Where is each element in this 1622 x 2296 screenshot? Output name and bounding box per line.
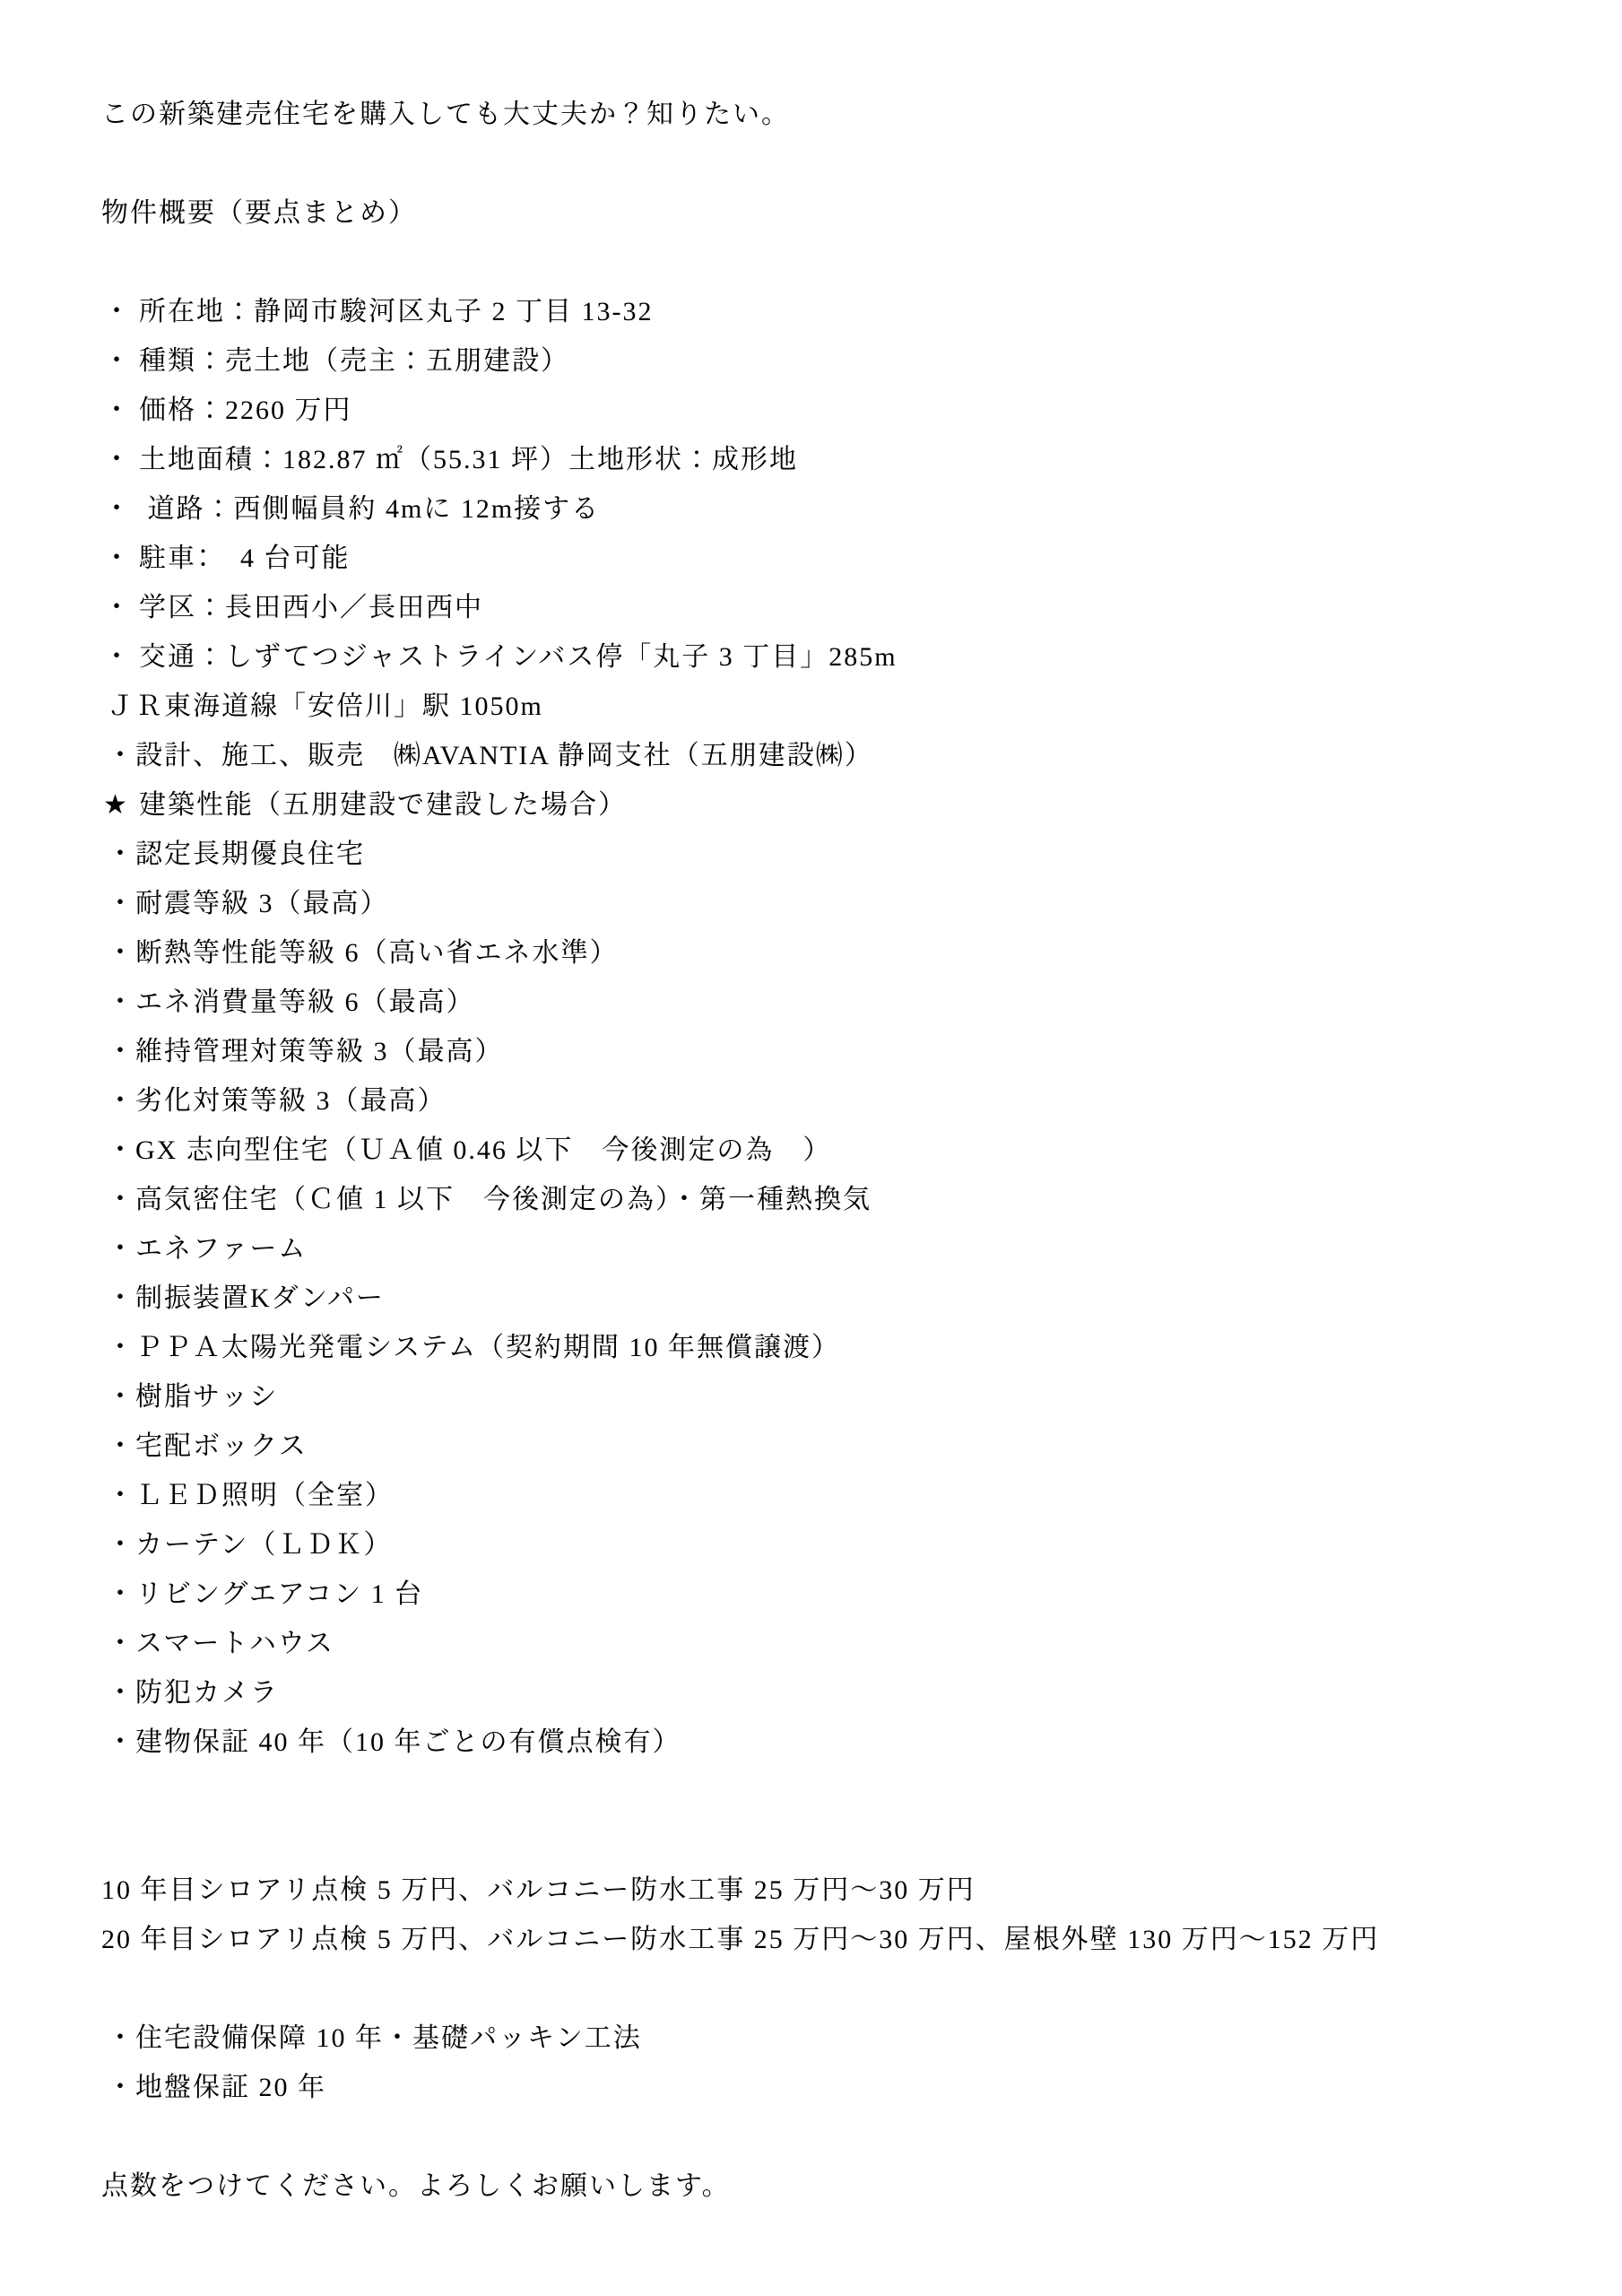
performance-item-certified-long-life-house: ・認定長期優良住宅 (107, 830, 1537, 879)
blank-line (101, 238, 1537, 287)
bullet-icon: ・ (101, 484, 139, 534)
bullet-icon: ・ (101, 287, 139, 336)
performance-item-gx-oriented-house: ・GX 志向型住宅（ＵＡ値 0.46 以下 今後測定の為 ） (107, 1126, 1537, 1175)
blank-line (101, 1964, 1537, 2013)
seller-design-build-line: ・設計、施工、販売 ㈱AVANTIA 静岡支社（五朋建設㈱） (107, 731, 1537, 780)
performance-item-living-aircon: ・リビングエアコン 1 台 (107, 1570, 1537, 1619)
transit-jr-continuation: ＪＲ東海道線「安倍川」駅 1050m (107, 682, 1537, 731)
document-page: この新築建売住宅を購入しても大丈夫か？知りたい。 物件概要（要点まとめ） ・ 所… (0, 0, 1622, 2296)
overview-item-road: ・ 道路：西側幅員約 4mに 12m接する (101, 484, 1537, 534)
performance-item-building-warranty: ・建物保証 40 年（10 年ごとの有償点検有） (107, 1718, 1537, 1767)
bullet-icon: ・ (101, 632, 139, 682)
performance-item-resin-sash: ・樹脂サッシ (107, 1372, 1537, 1422)
bullet-icon: ・ (101, 583, 139, 632)
overview-item-text: 駐車： 4 台可能 (139, 534, 1537, 583)
performance-item-led-lighting: ・ＬＥＤ照明（全室） (107, 1471, 1537, 1520)
section-heading: 物件概要（要点まとめ） (101, 188, 1537, 238)
overview-item-text: 所在地：静岡市駿河区丸子 2 丁目 13-32 (139, 287, 1537, 336)
performance-item-smart-house: ・スマートハウス (107, 1619, 1537, 1668)
performance-item-insulation-grade: ・断熱等性能等級 6（高い省エネ水準） (107, 928, 1537, 978)
blank-line (101, 139, 1537, 188)
bullet-icon: ・ (101, 386, 139, 435)
performance-heading-row: ★ 建築性能（五朋建設で建設した場合） (101, 780, 1537, 830)
performance-item-ppa-solar-system: ・ＰＰＡ太陽光発電システム（契約期間 10 年無償譲渡） (107, 1323, 1537, 1372)
maintenance-cost-20yr: 20 年目シロアリ点検 5 万円、バルコニー防水工事 25 万円～30 万円、屋… (101, 1915, 1537, 1964)
performance-item-energy-consumption-grade: ・エネ消費量等級 6（最高） (107, 978, 1537, 1027)
overview-item-text: 交通：しずてつジャストラインバス停「丸子 3 丁目」285m (139, 632, 1537, 682)
overview-item-text: 土地面積：182.87 ㎡（55.31 坪）土地形状：成形地 (139, 435, 1537, 484)
overview-item-parking: ・ 駐車： 4 台可能 (101, 534, 1537, 583)
performance-item-curtain-ldk: ・カーテン（ＬＤＫ） (107, 1520, 1537, 1570)
warranty-ground-20yr: ・地盤保証 20 年 (107, 2063, 1537, 2112)
bullet-icon: ・ (101, 336, 139, 386)
overview-item-school-district: ・ 学区：長田西小／長田西中 (101, 583, 1537, 632)
performance-item-seismic-grade: ・耐震等級 3（最高） (107, 879, 1537, 928)
performance-item-deterioration-grade: ・劣化対策等級 3（最高） (107, 1076, 1537, 1126)
intro-question: この新築建売住宅を購入しても大丈夫か？知りたい。 (101, 90, 1537, 139)
bullet-icon: ・ (101, 534, 139, 583)
blank-line (101, 1816, 1537, 1865)
performance-item-security-camera: ・防犯カメラ (107, 1668, 1537, 1718)
maintenance-cost-10yr: 10 年目シロアリ点検 5 万円、バルコニー防水工事 25 万円～30 万円 (101, 1865, 1537, 1915)
overview-item-text: 道路：西側幅員約 4mに 12m接する (139, 484, 1537, 534)
star-icon: ★ (101, 780, 139, 830)
overview-item-location: ・ 所在地：静岡市駿河区丸子 2 丁目 13-32 (101, 287, 1537, 336)
performance-item-delivery-box: ・宅配ボックス (107, 1422, 1537, 1471)
overview-item-text: 学区：長田西小／長田西中 (139, 583, 1537, 632)
performance-item-maintenance-grade: ・維持管理対策等級 3（最高） (107, 1027, 1537, 1076)
performance-item-airtight-house: ・高気密住宅（Ｃ値 1 以下 今後測定の為）・第一種熱換気 (107, 1175, 1537, 1224)
overview-item-transit: ・ 交通：しずてつジャストラインバス停「丸子 3 丁目」285m (101, 632, 1537, 682)
performance-heading: 建築性能（五朋建設で建設した場合） (139, 780, 1537, 830)
performance-item-k-damper: ・制振装置Kダンパー (107, 1274, 1537, 1323)
overview-item-text: 種類：売土地（売主：五朋建設） (139, 336, 1537, 386)
performance-item-enefarm: ・エネファーム (107, 1224, 1537, 1274)
overview-item-type: ・ 種類：売土地（売主：五朋建設） (101, 336, 1537, 386)
closing-request: 点数をつけてください。よろしくお願いします。 (101, 2161, 1537, 2211)
overview-item-text: 価格：2260 万円 (139, 386, 1537, 435)
overview-item-price: ・ 価格：2260 万円 (101, 386, 1537, 435)
overview-item-land-area: ・ 土地面積：182.87 ㎡（55.31 坪）土地形状：成形地 (101, 435, 1537, 484)
blank-line (101, 1767, 1537, 1816)
warranty-equipment-foundation: ・住宅設備保障 10 年・基礎パッキン工法 (107, 2013, 1537, 2063)
blank-line (101, 2112, 1537, 2161)
bullet-icon: ・ (101, 435, 139, 484)
